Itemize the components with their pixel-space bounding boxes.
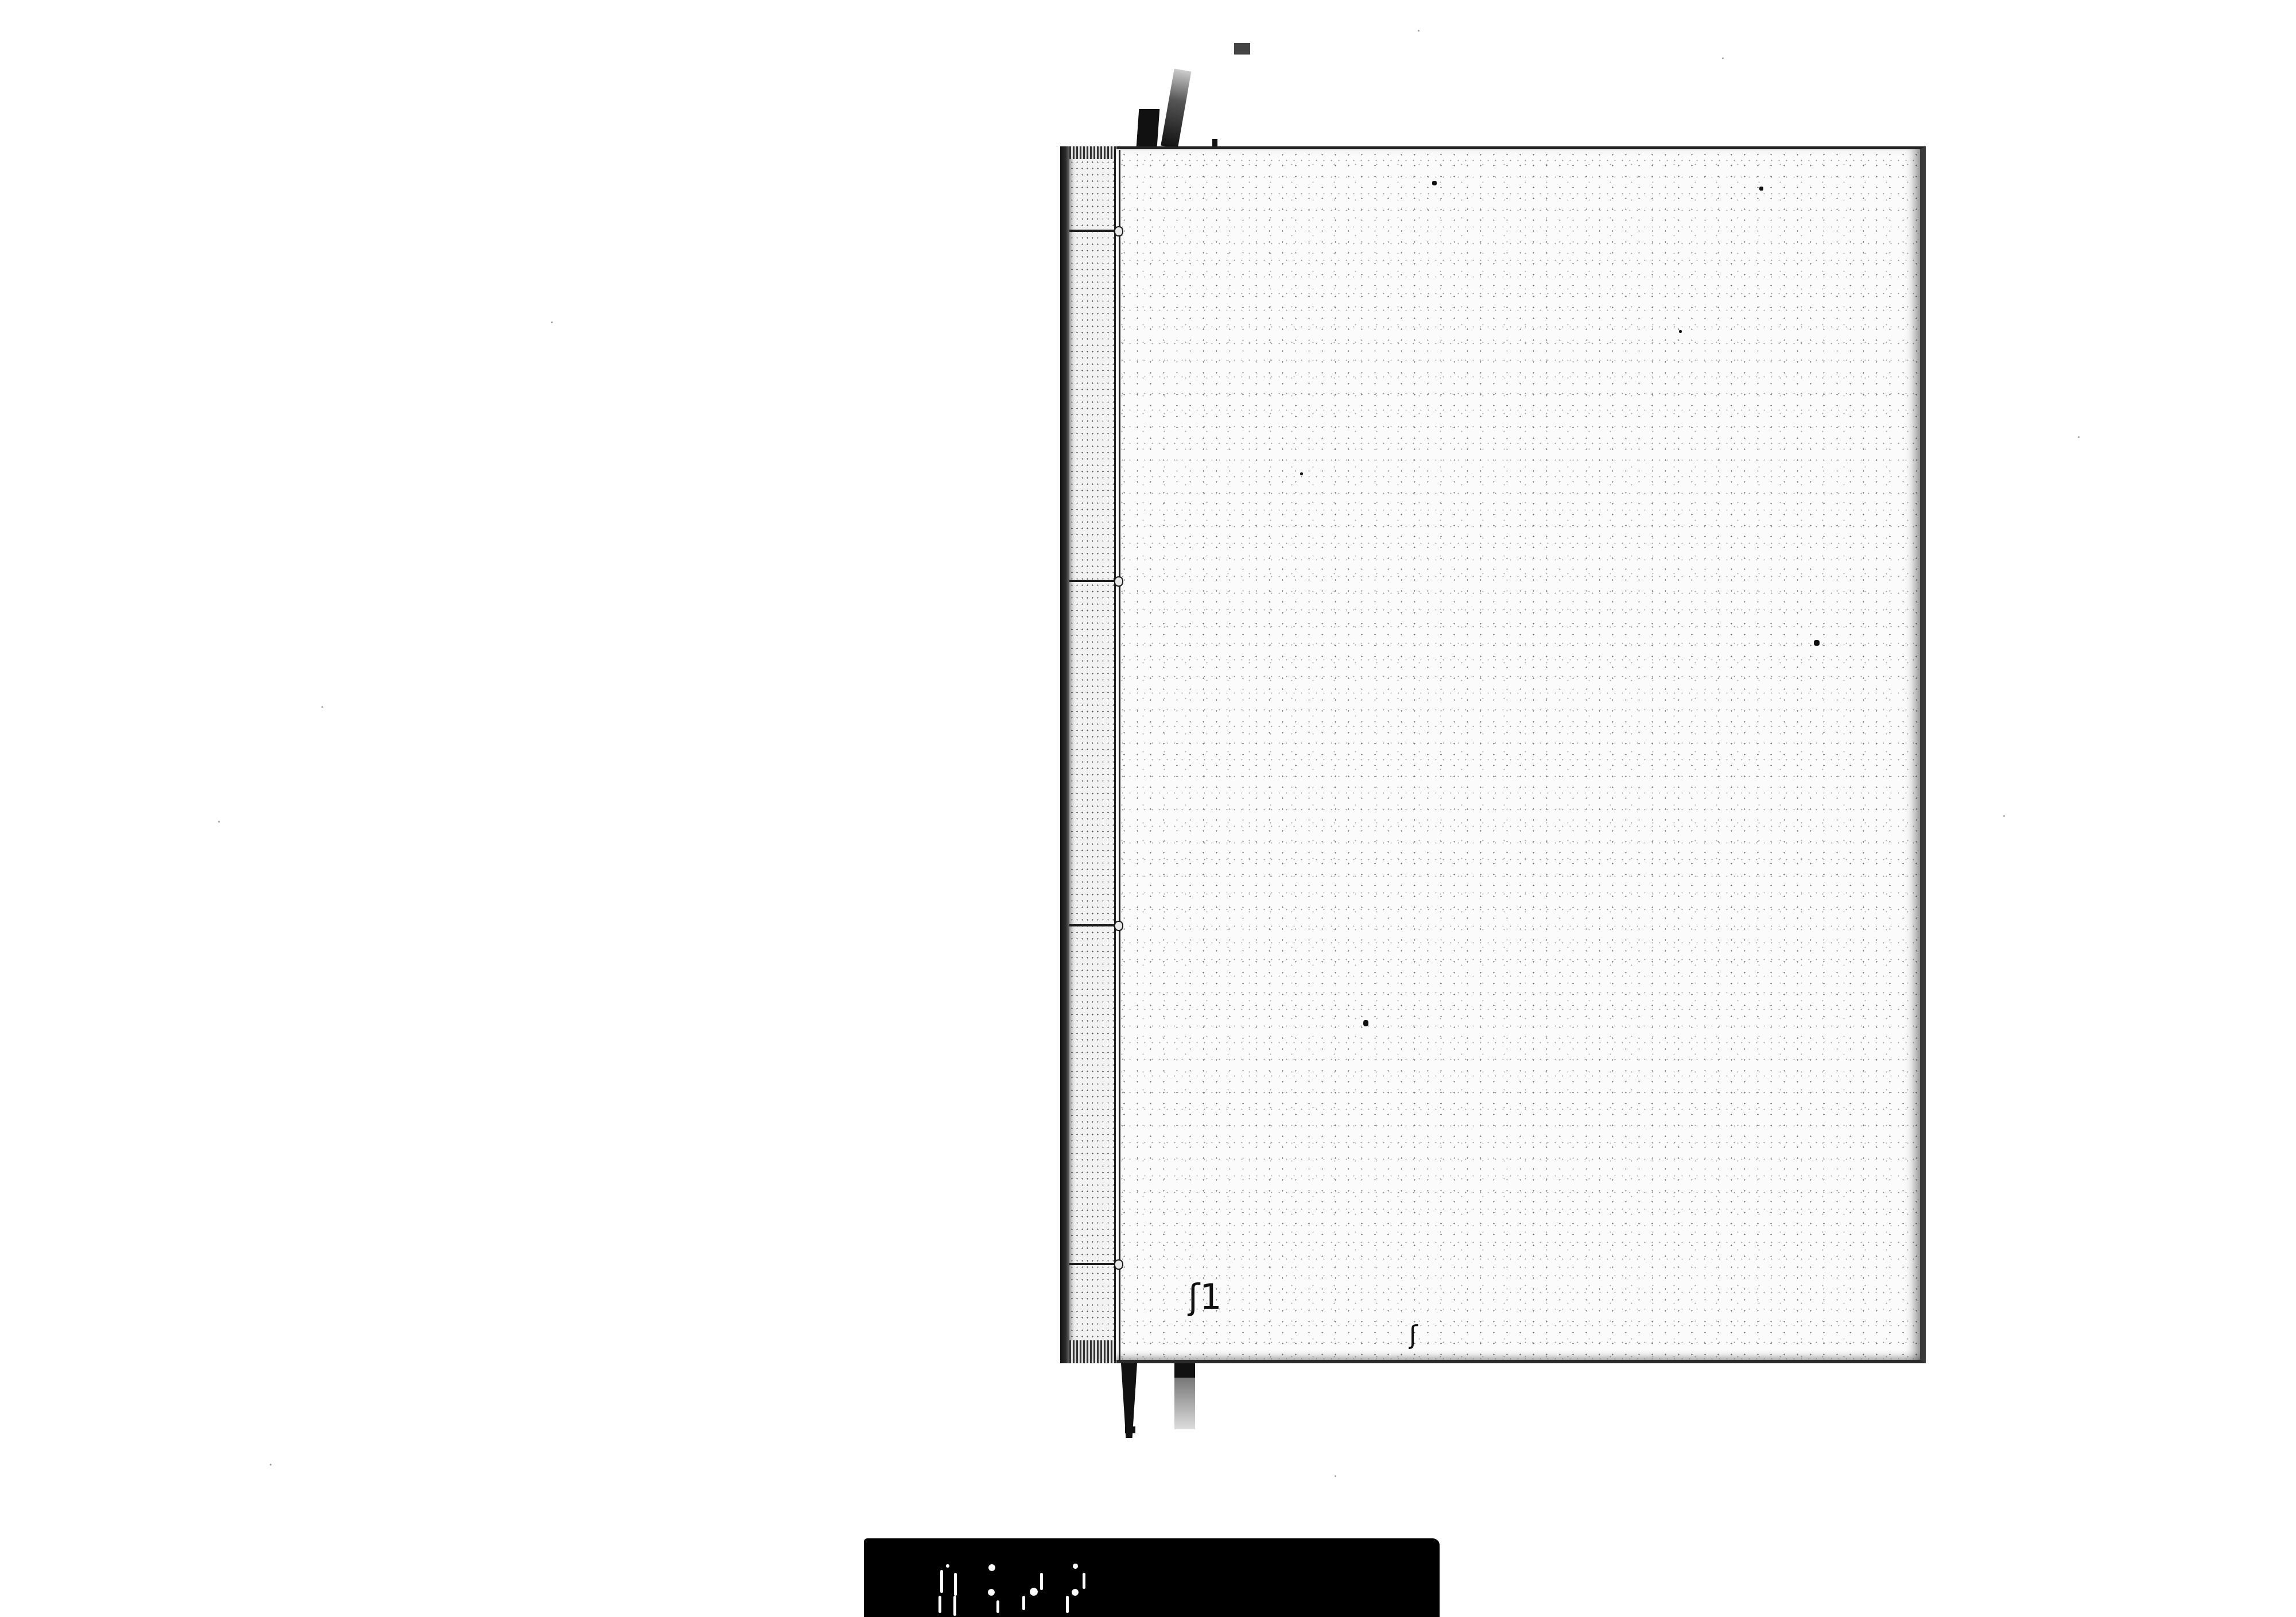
corner-guard-top	[1069, 146, 1116, 159]
page-tab-marker	[1174, 1378, 1195, 1429]
calibration-marker	[988, 1564, 995, 1571]
binding-thread	[1114, 150, 1116, 1361]
book: ʃ1 ʃ	[1065, 146, 1926, 1363]
ink-spot	[1300, 472, 1303, 475]
binding-thread	[1119, 150, 1120, 1361]
scan-page: ʃ1 ʃ	[0, 0, 2296, 1617]
page-tab-marker	[1212, 139, 1217, 147]
ink-spot	[1363, 1020, 1368, 1026]
speckle	[2003, 815, 2005, 817]
speckle	[551, 321, 553, 323]
color-calibration-strip	[864, 1538, 1440, 1617]
speckle	[270, 1464, 272, 1465]
calibration-marker	[946, 1564, 949, 1568]
calibration-marker	[1022, 1596, 1025, 1610]
binding-strip	[1069, 146, 1115, 1363]
ink-spot	[1679, 330, 1682, 333]
calibration-marker	[1040, 1573, 1043, 1590]
binding-stitch	[1069, 924, 1120, 926]
page-tab-marker	[1125, 1426, 1135, 1433]
calibration-marker	[1083, 1573, 1085, 1589]
binding-stitch	[1069, 1263, 1120, 1265]
speckle	[1335, 1475, 1336, 1477]
calibration-marker	[940, 1570, 943, 1593]
speckle	[321, 706, 323, 708]
calibration-marker	[996, 1600, 999, 1613]
page-tab-marker	[1174, 1363, 1195, 1379]
calibration-marker	[1066, 1596, 1069, 1613]
binding-stitch	[1069, 230, 1120, 232]
calibration-marker	[1073, 1564, 1078, 1569]
calibration-marker	[1072, 1589, 1079, 1596]
ink-spot	[1814, 640, 1820, 646]
page-tab-marker	[1234, 43, 1250, 55]
calibration-marker	[938, 1596, 941, 1613]
calibration-marker	[1030, 1588, 1038, 1596]
speckle	[2078, 436, 2080, 438]
page-tab-marker	[1137, 109, 1160, 147]
ink-mark: ʃ	[1409, 1323, 1418, 1348]
spine-edge	[1060, 146, 1069, 1363]
calibration-marker	[988, 1589, 995, 1596]
speckle	[218, 821, 220, 823]
book-cover	[1065, 146, 1926, 1363]
corner-guard-bottom	[1069, 1340, 1116, 1363]
speckle	[1722, 57, 1724, 59]
ink-mark: ʃ1	[1188, 1280, 1221, 1314]
calibration-marker	[953, 1596, 956, 1616]
page-tab-marker	[1161, 68, 1191, 148]
binding-stitch	[1069, 580, 1120, 582]
speckle	[1418, 30, 1420, 32]
calibration-marker	[954, 1573, 957, 1596]
ink-spot	[1759, 187, 1763, 191]
ink-spot	[1432, 181, 1437, 185]
